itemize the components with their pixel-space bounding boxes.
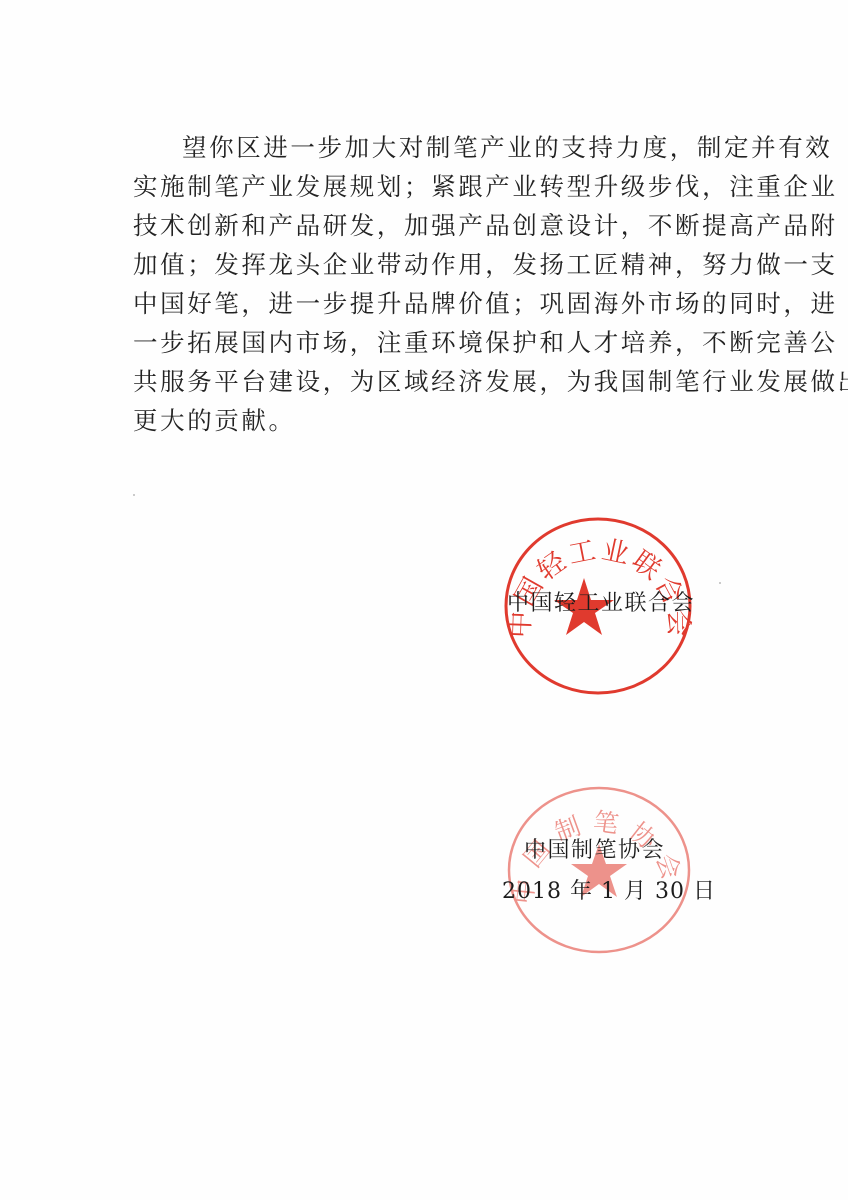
signature-org-pen-association: 中国制笔协会	[524, 833, 665, 864]
letter-body: 望你区进一步加大对制笔产业的支持力度，制定并有效 实施制笔产业发展规划；紧跟产业…	[133, 128, 733, 440]
body-line: 望你区进一步加大对制笔产业的支持力度，制定并有效	[133, 128, 733, 167]
body-line: 实施制笔产业发展规划；紧跟产业转型升级步伐，注重企业	[133, 167, 733, 206]
body-line: 更大的贡献。	[133, 401, 733, 440]
official-seal-pen-association: 中国制笔协会	[503, 784, 695, 954]
scan-speck	[133, 494, 135, 496]
scan-speck	[719, 582, 721, 584]
document-page: 望你区进一步加大对制笔产业的支持力度，制定并有效 实施制笔产业发展规划；紧跟产业…	[0, 0, 848, 1200]
body-line: 中国好笔，进一步提升品牌价值；巩固海外市场的同时，进	[133, 284, 733, 323]
signature-org-light-industry: 中国轻工业联合会	[507, 586, 695, 617]
body-line: 一步拓展国内市场，注重环境保护和人才培养，不断完善公	[133, 323, 733, 362]
scan-speck	[612, 183, 614, 185]
body-line: 技术创新和产品研发，加强产品创意设计，不断提高产品附	[133, 206, 733, 245]
body-line: 共服务平台建设，为区域经济发展，为我国制笔行业发展做出	[133, 362, 733, 401]
signature-date: 2018 年 1 月 30 日	[502, 874, 716, 905]
body-line: 加值；发挥龙头企业带动作用，发扬工匠精神，努力做一支	[133, 245, 733, 284]
